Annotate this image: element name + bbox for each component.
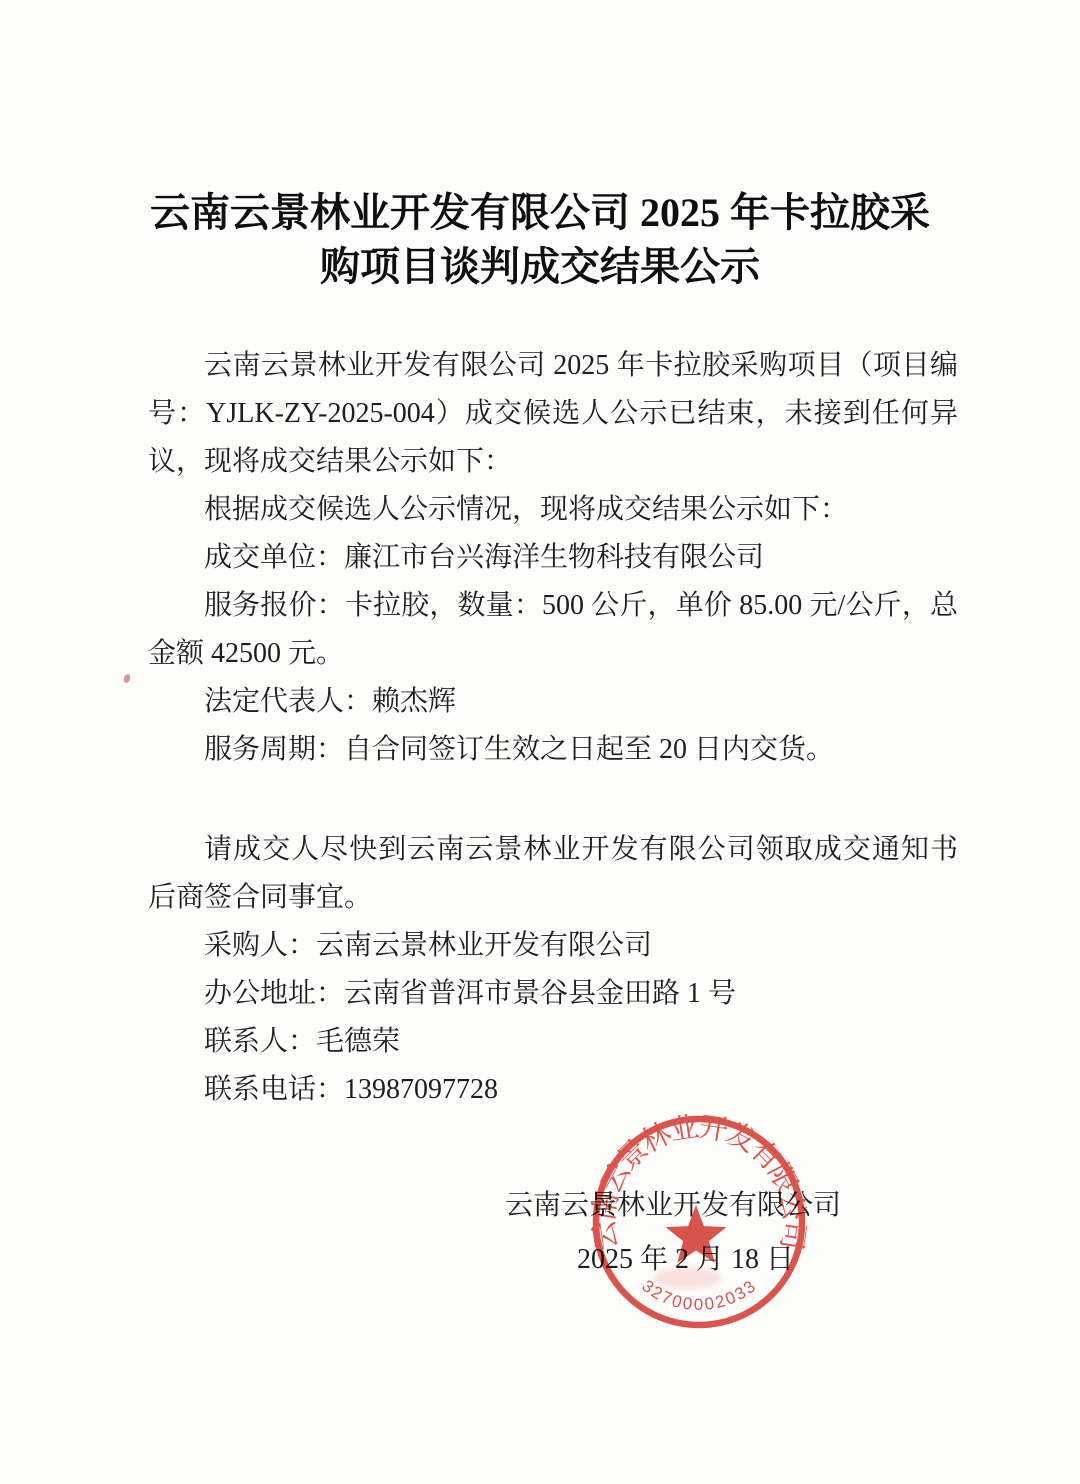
company-seal: 云南云景林业开发有限公司 5327000020334: [579, 1102, 819, 1342]
paragraph-contract-instruction: 请成交人尽快到云南云景林业开发有限公司领取成交通知书后商签合同事宜。: [148, 826, 958, 922]
field-purchaser: 采购人：云南云景林业开发有限公司: [148, 922, 958, 970]
field-service-period: 服务周期：自合同签订生效之日起至 20 日内交货。: [148, 726, 958, 774]
ink-dot-artifact: [123, 673, 132, 684]
document-body: 云南云景林业开发有限公司 2025 年卡拉胶采购项目（项目编号：YJLK-ZY-…: [148, 342, 958, 1114]
field-service-quote: 服务报价：卡拉胶，数量：500 公斤，单价 85.00 元/公斤，总金额 425…: [148, 582, 958, 678]
document-title: 云南云景林业开发有限公司 2025 年卡拉胶采购项目谈判成交结果公示: [148, 186, 932, 294]
field-winning-bidder: 成交单位：廉江市台兴海洋生物科技有限公司: [148, 534, 958, 582]
star-icon: [666, 1205, 727, 1263]
field-contact-phone: 联系电话：13987097728: [148, 1066, 958, 1114]
field-office-address: 办公地址：云南省普洱市景谷县金田路 1 号: [148, 970, 958, 1018]
field-contact-person: 联系人：毛德荣: [148, 1018, 958, 1066]
paragraph-announcement-intro: 云南云景林业开发有限公司 2025 年卡拉胶采购项目（项目编号：YJLK-ZY-…: [148, 342, 958, 486]
field-legal-representative: 法定代表人：赖杰辉: [148, 678, 958, 726]
paragraph-result-basis: 根据成交候选人公示情况，现将成交结果公示如下：: [148, 486, 958, 534]
scanned-document-page: 云南云景林业开发有限公司 2025 年卡拉胶采购项目谈判成交结果公示 云南云景林…: [0, 0, 1080, 1484]
